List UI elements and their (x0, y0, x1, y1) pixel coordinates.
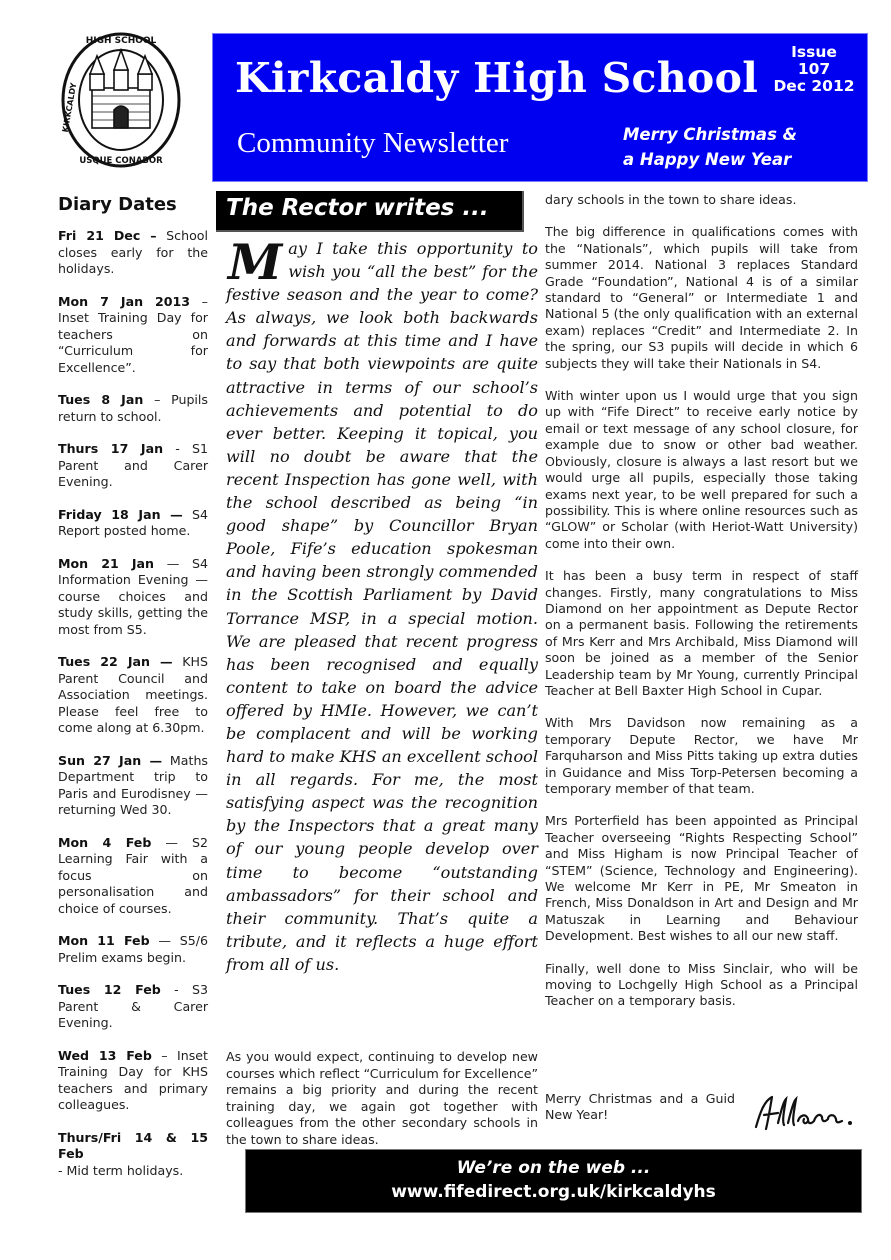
diary-date: Mon 4 Feb (58, 835, 151, 850)
paragraph-staff-changes: It has been a busy term in respect of st… (545, 568, 858, 699)
school-crest-logo: HIGH SCHOOL USQUE CONABOR KIRKCALDY (58, 30, 184, 172)
diary-date: Mon 7 Jan 2013 (58, 294, 190, 309)
rector-message-body: ay I take this opportunity to wish you “… (226, 239, 538, 974)
diary-dates-heading: Diary Dates (58, 194, 208, 215)
diary-date: Tues 12 Feb (58, 982, 161, 997)
paragraph-winter-closures: With winter upon us I would urge that yo… (545, 388, 858, 552)
rector-message-continued: dary schools in the town to share ideas.… (545, 192, 858, 1026)
paragraph-new-staff: Mrs Porterfield has been appointed as Pr… (545, 813, 858, 944)
diary-item: Friday 18 Jan — S4 Report posted home. (58, 507, 208, 540)
signature-icon (750, 1093, 858, 1133)
diary-item: Wed 13 Feb – Inset Training Day for KHS … (58, 1048, 208, 1114)
diary-item: Tues 8 Jan – Pupils return to school. (58, 392, 208, 425)
issue-date: Dec 2012 (771, 78, 857, 95)
diary-date: Fri 21 Dec – (58, 228, 157, 243)
diary-date: Thurs/Fri 14 & 15 Feb (58, 1130, 208, 1162)
diary-date: Mon 11 Feb (58, 933, 150, 948)
rector-writes-banner: The Rector writes ... (216, 191, 524, 232)
diary-date: Friday 18 Jan — (58, 507, 183, 522)
paragraph-nationals: The big difference in qualifications com… (545, 224, 858, 372)
newsletter-header: Kirkcaldy High School Community Newslett… (212, 33, 868, 182)
issue-label: Issue (771, 44, 857, 61)
diary-item: Thurs/Fri 14 & 15 Feb - Mid term holiday… (58, 1130, 208, 1180)
paragraph-guidance: With Mrs Davidson now remaining as a tem… (545, 715, 858, 797)
svg-text:HIGH SCHOOL: HIGH SCHOOL (86, 36, 157, 46)
diary-item: Fri 21 Dec – School closes early for the… (58, 228, 208, 278)
website-link[interactable]: www.fifedirect.org.uk/kirkcaldyhs (246, 1180, 861, 1204)
issue-info: Issue 107 Dec 2012 (771, 44, 857, 95)
svg-text:USQUE CONABOR: USQUE CONABOR (79, 156, 163, 166)
paragraph-farewell: Finally, well done to Miss Sinclair, who… (545, 961, 858, 1010)
rector-message-italic: May I take this opportunity to wish you … (226, 237, 538, 976)
diary-date: Mon 21 Jan (58, 556, 154, 571)
diary-item: Tues 12 Feb - S3 Parent & Carer Evening. (58, 982, 208, 1032)
diary-date: Thurs 17 Jan (58, 441, 163, 456)
rector-paragraph-courses: As you would expect, continuing to devel… (226, 1049, 538, 1149)
rector-writes-heading: The Rector writes ... (226, 195, 489, 221)
issue-number: 107 (771, 61, 857, 78)
diary-item: Sun 27 Jan — Maths Department trip to Pa… (58, 753, 208, 819)
website-banner: We’re on the web ... www.fifedirect.org.… (245, 1149, 862, 1213)
crest-icon: HIGH SCHOOL USQUE CONABOR KIRKCALDY (58, 30, 184, 172)
greeting-line-2: a Happy New Year (623, 147, 797, 172)
greeting-line-1: Merry Christmas & (623, 122, 797, 147)
sign-off-greeting: Merry Christmas and a Guid New Year! (545, 1091, 735, 1124)
diary-item: Mon 4 Feb — S2 Learning Fair with a focu… (58, 835, 208, 918)
drop-cap: M (228, 241, 282, 283)
diary-item: Mon 11 Feb — S5/6 Prelim exams begin. (58, 933, 208, 966)
diary-dates-column: Diary Dates Fri 21 Dec – School closes e… (58, 194, 208, 1195)
diary-item: Thurs 17 Jan - S1 Parent and Carer Eveni… (58, 441, 208, 491)
diary-item: Mon 7 Jan 2013 – Inset Training Day for … (58, 294, 208, 377)
diary-date: Sun 27 Jan — (58, 753, 162, 768)
seasonal-greeting: Merry Christmas & a Happy New Year (623, 122, 797, 172)
diary-text: - Mid term holidays. (58, 1163, 183, 1178)
newsletter-title: Kirkcaldy High School (235, 54, 758, 102)
rector-signature (750, 1093, 858, 1133)
newsletter-subtitle: Community Newsletter (237, 127, 508, 160)
diary-date: Wed 13 Feb (58, 1048, 152, 1063)
diary-date: Tues 22 Jan — (58, 654, 173, 669)
paragraph-continuation: dary schools in the town to share ideas. (545, 192, 858, 208)
diary-date: Tues 8 Jan (58, 392, 143, 407)
web-tagline: We’re on the web ... (246, 1156, 861, 1180)
diary-item: Mon 21 Jan — S4 Information Evening — co… (58, 556, 208, 639)
diary-item: Tues 22 Jan — KHS Parent Council and Ass… (58, 654, 208, 737)
